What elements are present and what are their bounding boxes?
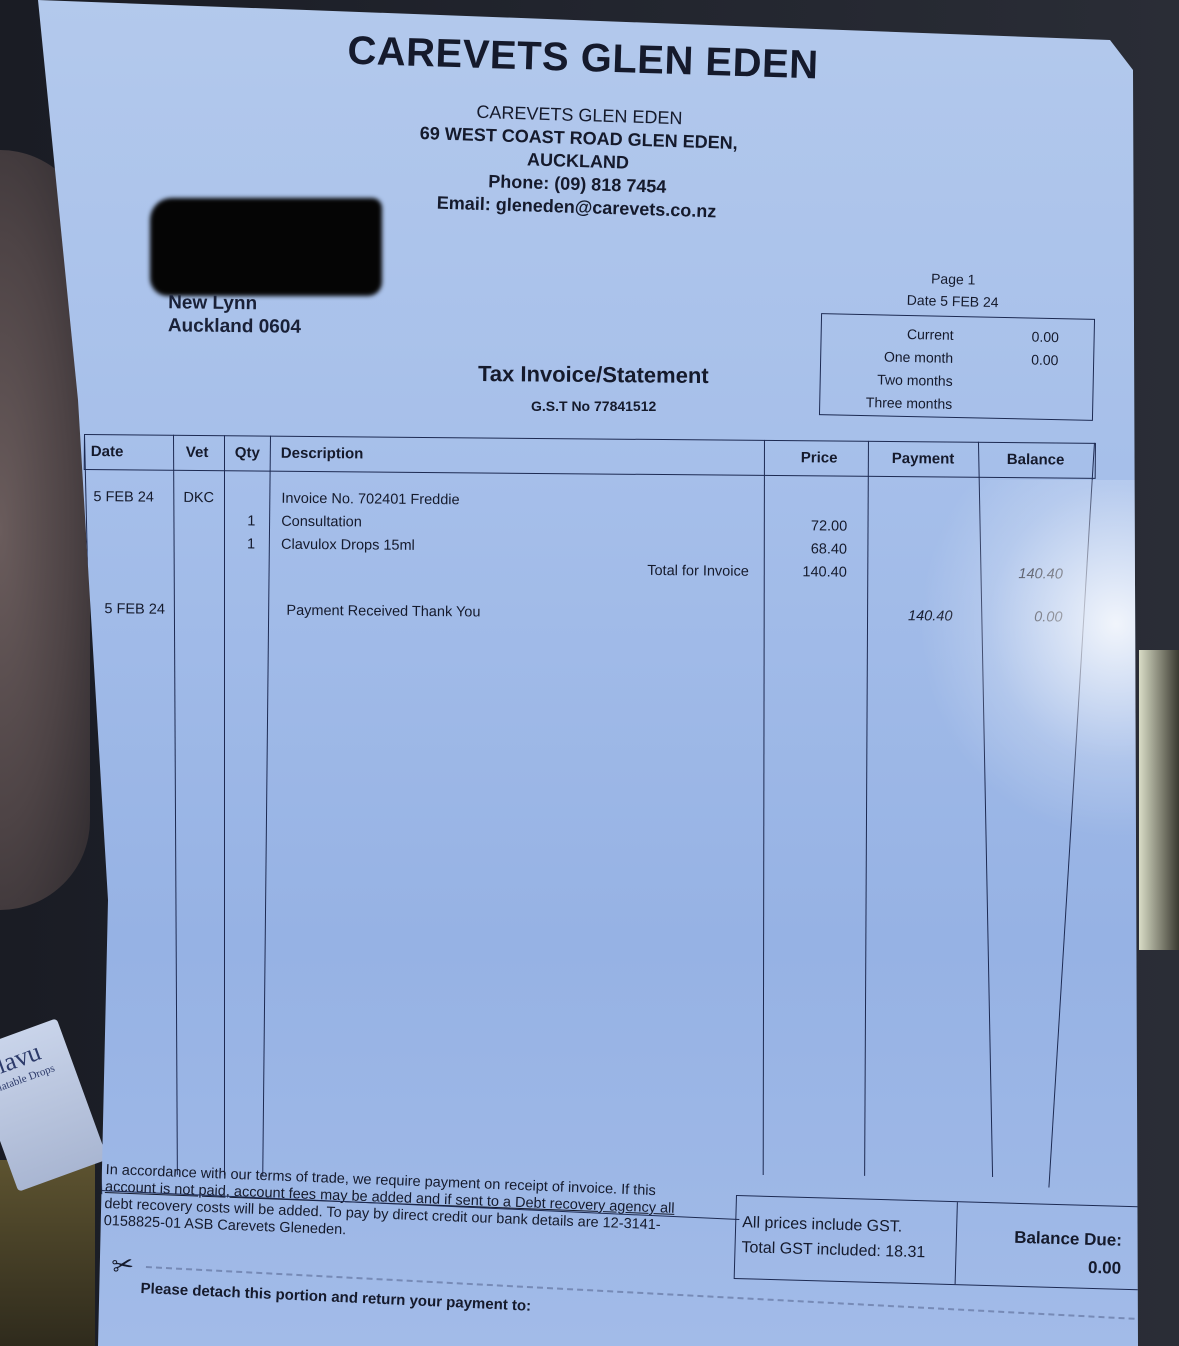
client-address: New Lynn Auckland 0604	[168, 291, 302, 338]
header-payment: Payment	[892, 450, 955, 468]
clinic-title: CAREVETS GLEN EDEN	[337, 28, 828, 88]
balance-summary-box: All prices include GST. Total GST includ…	[734, 1195, 1144, 1290]
row-qty: 1	[247, 536, 255, 552]
header-qty: Qty	[235, 444, 260, 461]
balance-due-value: 0.00	[1088, 1258, 1122, 1279]
aging-value: 0.00	[1031, 329, 1059, 346]
aging-label: Two months	[877, 371, 953, 389]
row-description: Clavulox Drops 15ml	[281, 537, 415, 554]
detach-instruction: Please detach this portion and return yo…	[140, 1280, 531, 1315]
gst-number: G.S.T No 77841512	[531, 398, 656, 414]
background-object	[1139, 650, 1179, 950]
balance-due-label: Balance Due:	[1014, 1228, 1122, 1251]
column-line	[864, 441, 869, 1176]
table-header: Date Vet Qty Description Price Payment B…	[84, 434, 1096, 479]
row-price: 72.00	[783, 518, 847, 535]
row-balance: 0.00	[1002, 609, 1062, 626]
client-city-postcode: Auckland 0604	[168, 314, 301, 338]
aging-row: Three months	[820, 393, 1092, 421]
row-price: 140.40	[783, 564, 847, 581]
gst-total: Total GST included: 18.31	[741, 1235, 925, 1265]
header-description: Description	[281, 445, 364, 463]
row-description: Invoice No. 702401 Freddie	[281, 491, 459, 509]
column-line	[978, 442, 993, 1177]
row-payment: 140.40	[892, 608, 952, 625]
redacted-client-name	[150, 198, 382, 296]
column-line	[1048, 443, 1095, 1188]
page-info: Page 1 Date 5 FEB 24	[887, 266, 1018, 313]
header-balance: Balance	[1007, 451, 1065, 469]
row-description: Total for Invoice	[583, 562, 749, 579]
row-vet: DKC	[183, 490, 214, 506]
header-price: Price	[801, 449, 838, 466]
column-line	[224, 435, 225, 1175]
column-line	[763, 440, 765, 1175]
row-date: 5 FEB 24	[93, 489, 154, 506]
aging-summary-box: Current 0.00 One month 0.00 Two months T…	[819, 313, 1095, 421]
row-qty: 1	[247, 513, 255, 529]
header-date: Date	[91, 443, 124, 460]
document-title: Tax Invoice/Statement	[478, 361, 709, 389]
row-balance: 140.40	[1003, 566, 1063, 583]
aging-label: Three months	[866, 394, 953, 412]
row-price: 68.40	[783, 541, 847, 558]
statement-date: Date 5 FEB 24	[887, 288, 1018, 313]
invoice-table: Date Vet Qty Description Price Payment B…	[77, 434, 1096, 1223]
summary-divider	[955, 1202, 958, 1284]
row-date: 5 FEB 24	[104, 601, 165, 618]
aging-label: One month	[884, 348, 954, 365]
client-suburb: New Lynn	[168, 291, 301, 315]
background-box	[0, 1160, 95, 1346]
aging-value: 0.00	[1031, 352, 1059, 369]
header-vet: Vet	[186, 444, 209, 461]
aging-label: Current	[907, 326, 954, 343]
invoice-paper: CAREVETS GLEN EDEN CAREVETS GLEN EDEN 69…	[38, 0, 1138, 1346]
clinic-address-block: CAREVETS GLEN EDEN 69 WEST COAST ROAD GL…	[366, 97, 789, 225]
row-description: Consultation	[281, 514, 362, 531]
gst-note: All prices include GST. Total GST includ…	[741, 1210, 926, 1265]
row-description: Payment Received Thank You	[286, 603, 480, 621]
column-line	[173, 435, 178, 1175]
scissors-icon: ✂	[109, 1248, 136, 1282]
column-line	[262, 436, 271, 1176]
